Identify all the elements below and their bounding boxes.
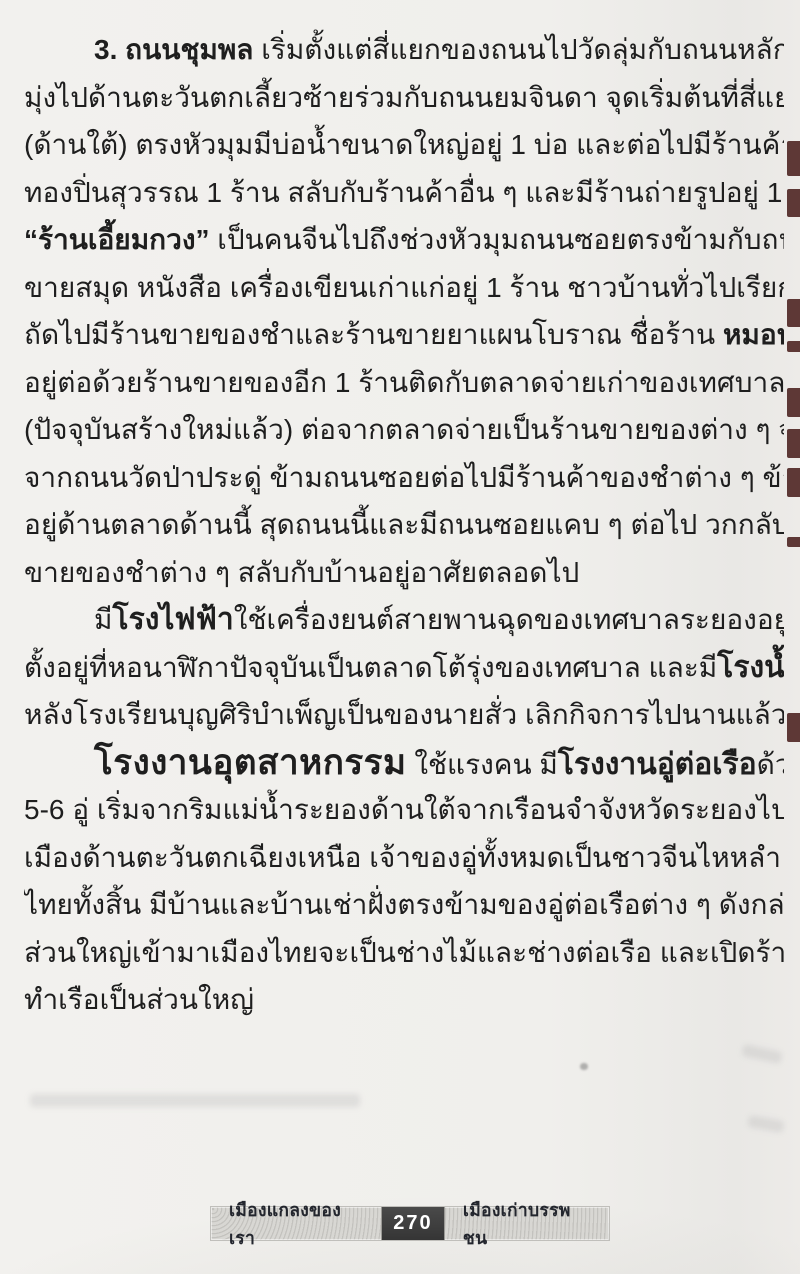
text-line: มีโรงไฟฟ้าใช้เครื่องยนต์สายพานฉุดของเทศบ… [24,596,784,644]
body-text: 5-6 อู่ เริ่มจากริมแม่น้ำระยองด้านใต้จาก… [24,794,784,825]
text-block: 3. ถนนชุมพล เริ่มตั้งแต่สี่แยกของถนนไปวั… [24,26,784,1024]
text-line: 3. ถนนชุมพล เริ่มตั้งแต่สี่แยกของถนนไปวั… [24,26,784,74]
ink-speck [580,1063,588,1070]
ink-bleed-through [30,1094,360,1107]
text-line: ขายสมุด หนังสือ เครื่องเขียนเก่าแก่อยู่ … [24,264,784,312]
emphasized-text: โรงน้ำแข็ง [717,651,784,684]
ink-bleed-through [741,1044,783,1064]
body-text: เมืองด้านตะวันตกเฉียงเหนือ เจ้าของอู่ทั้… [24,842,784,873]
body-text: ถัดไปมีร้านขายของชำและร้านขายยาแผนโบราณ … [24,319,723,350]
page-number: 270 [393,1212,432,1235]
body-text: อยู่ด้านตลาดด้านนี้ สุดถนนนี้และมีถนนซอย… [24,509,784,540]
body-text: หลังโรงเรียนบุญศิริบำเพ็ญเป็นของนายสั่ว … [24,699,784,730]
text-line: (ด้านใต้) ตรงหัวมุมมีบ่อน้ำขนาดใหญ่อยู่ … [24,121,784,169]
text-line: ส่วนใหญ่เข้ามาเมืองไทยจะเป็นช่างไม้และช่… [24,929,784,977]
body-text: มี [94,604,112,635]
emphasized-text: โรงงานอู่ต่อเรือ [558,748,757,781]
scan-edge-artifact [787,388,800,417]
text-line: ไทยทั้งสิ้น มีบ้านและบ้านเช่าฝั่งตรงข้าม… [24,881,784,929]
body-text [117,34,125,65]
footer-right-title: เมืองเก่าบรรพชน [445,1207,609,1240]
emphasized-text: โรงงานอุตสาหกรรม [94,743,407,782]
body-text: ขายสมุด หนังสือ เครื่องเขียนเก่าแก่อยู่ … [24,272,784,303]
body-text: ด้วยแรงคน มีอยู่ [757,749,784,780]
body-text: อยู่ต่อด้วยร้านขายของอีก 1 ร้านติดกับตลา… [24,367,784,398]
text-line: “ร้านเอี้ยมกวง” เป็นคนจีนไปถึงช่วงหัวมุม… [24,216,784,264]
text-line: (ปัจจุบันสร้างใหม่แล้ว) ต่อจากตลาดจ่ายเป… [24,406,784,454]
text-line: อยู่ด้านตลาดด้านนี้ สุดถนนนี้และมีถนนซอย… [24,501,784,549]
scan-edge-artifact [787,341,800,352]
emphasized-text: หมอป่วน [723,319,784,350]
text-line: มุ่งไปด้านตะวันตกเลี้ยวซ้ายร่วมกับถนนยมจ… [24,74,784,122]
scan-edge-artifact [787,141,800,176]
footer-left-title: เมืองแกลงของเรา [211,1207,381,1240]
page-footer: เมืองแกลงของเรา 270 เมืองเก่าบรรพชน [210,1206,610,1241]
scan-edge-artifact [787,299,800,327]
scan-edge-artifact [787,713,800,742]
emphasized-text: ถนนชุมพล [125,34,253,65]
emphasized-text: 3. [94,34,117,65]
ink-bleed-through [747,1115,785,1133]
body-text: ใช้แรงคน มี [407,749,558,780]
body-text: ตั้งอยู่ที่หอนาฬิกาปัจจุบันเป็นตลาดโต้รุ… [24,652,717,683]
text-line: อยู่ต่อด้วยร้านขายของอีก 1 ร้านติดกับตลา… [24,359,784,407]
scan-edge-artifact [787,189,800,217]
book-page-scan: 3. ถนนชุมพล เริ่มตั้งแต่สี่แยกของถนนไปวั… [0,0,800,1274]
body-text: (ด้านใต้) ตรงหัวมุมมีบ่อน้ำขนาดใหญ่อยู่ … [24,129,784,160]
body-text: จากถนนวัดป่าประดู่ ข้ามถนนซอยต่อไปมีร้าน… [24,462,784,493]
body-text: (ปัจจุบันสร้างใหม่แล้ว) ต่อจากตลาดจ่ายเป… [24,414,784,445]
text-line: ทองปิ่นสุวรรณ 1 ร้าน สลับกับร้านค้าอื่น … [24,169,784,217]
emphasized-text: โรงไฟฟ้า [112,603,233,636]
text-line: โรงงานอุตสาหกรรม ใช้แรงคน มีโรงงานอู่ต่อ… [24,739,784,787]
body-text: ทำเรือเป็นส่วนใหญ่ [24,984,254,1015]
body-text: ส่วนใหญ่เข้ามาเมืองไทยจะเป็นช่างไม้และช่… [24,937,784,968]
text-line: ตั้งอยู่ที่หอนาฬิกาปัจจุบันเป็นตลาดโต้รุ… [24,644,784,692]
body-text: มุ่งไปด้านตะวันตกเลี้ยวซ้ายร่วมกับถนนยมจ… [24,82,784,113]
text-line: ขายของชำต่าง ๆ สลับกับบ้านอยู่อาศัยตลอดไ… [24,549,784,597]
text-line: เมืองด้านตะวันตกเฉียงเหนือ เจ้าของอู่ทั้… [24,834,784,882]
body-text: ทองปิ่นสุวรรณ 1 ร้าน สลับกับร้านค้าอื่น … [24,177,784,208]
text-line: ทำเรือเป็นส่วนใหญ่ [24,976,784,1024]
scan-edge-artifact [787,429,800,458]
body-text: ขายของชำต่าง ๆ สลับกับบ้านอยู่อาศัยตลอดไ… [24,557,579,588]
body-text: ไทยทั้งสิ้น มีบ้านและบ้านเช่าฝั่งตรงข้าม… [24,889,784,920]
scan-edge-artifact [787,537,800,547]
emphasized-text: “ร้านเอี้ยมกวง” [24,224,210,255]
text-line: หลังโรงเรียนบุญศิริบำเพ็ญเป็นของนายสั่ว … [24,691,784,739]
text-line: ถัดไปมีร้านขายของชำและร้านขายยาแผนโบราณ … [24,311,784,359]
body-text: เป็นคนจีนไปถึงช่วงหัวมุมถนนซอยตรงข้ามกับ… [210,224,785,255]
body-text: ใช้เครื่องยนต์สายพานฉุดของเทศบาลระยองอยู… [234,604,784,635]
body-text: เริ่มตั้งแต่สี่แยกของถนนไปวัดลุ่มกับถนนห… [253,34,784,65]
text-line: 5-6 อู่ เริ่มจากริมแม่น้ำระยองด้านใต้จาก… [24,786,784,834]
text-line: จากถนนวัดป่าประดู่ ข้ามถนนซอยต่อไปมีร้าน… [24,454,784,502]
scan-edge-artifact [787,468,800,497]
page-number-badge: 270 [381,1207,445,1240]
